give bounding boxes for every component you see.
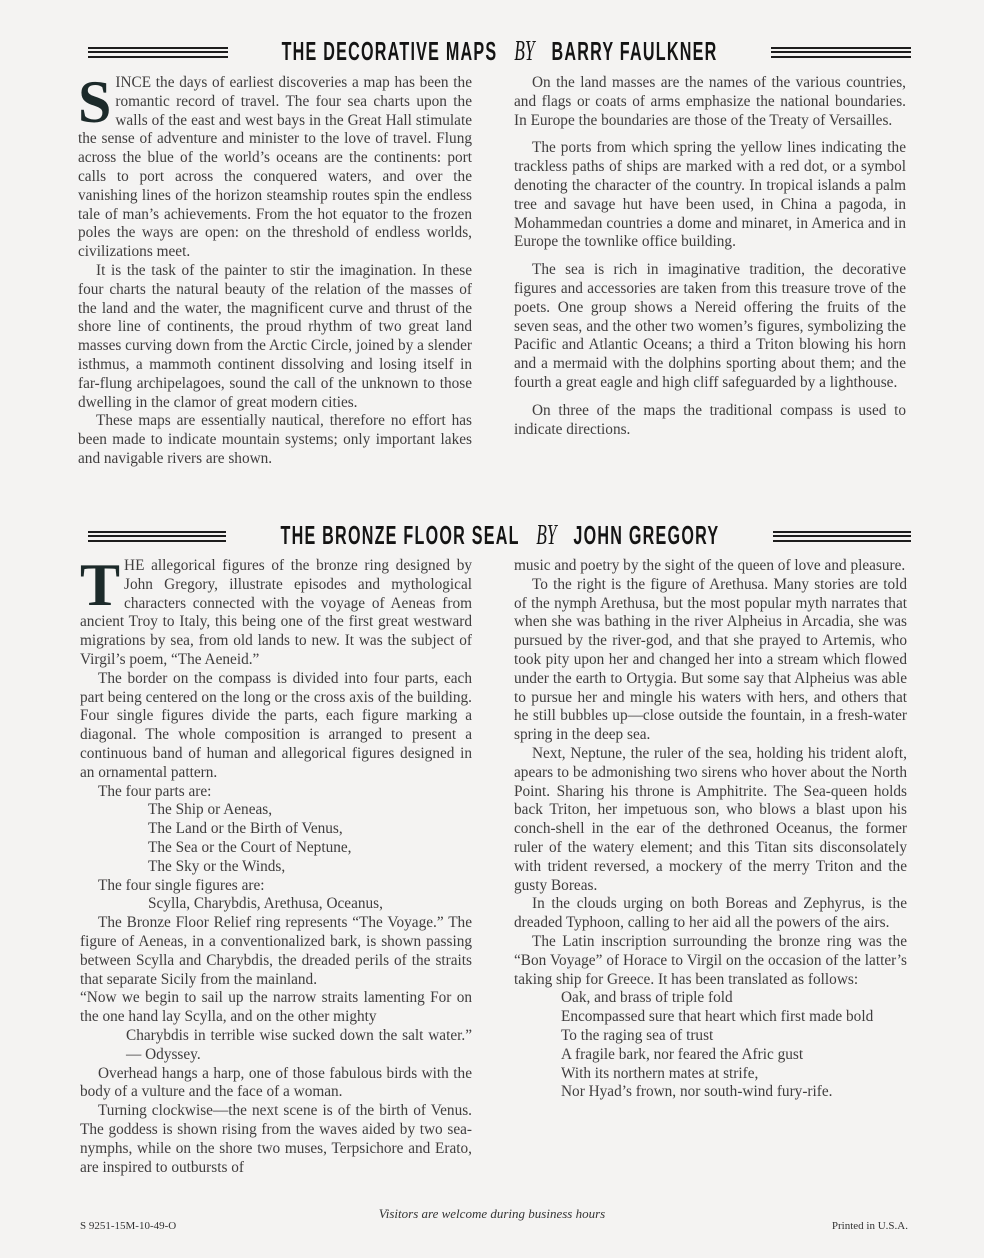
verse-line: Encompassed sure that heart which first … xyxy=(514,1008,907,1027)
seal-paragraph-5: Turning clockwise—the next scene is of t… xyxy=(80,1102,472,1177)
maps-paragraph-4: On the land masses are the names of the … xyxy=(514,74,906,130)
heading-author: JOHN GREGORY xyxy=(573,520,719,550)
figures-intro: The four single figures are: xyxy=(80,877,472,896)
seal-right-column: music and poetry by the sight of the que… xyxy=(514,557,907,1102)
figures-list: Scylla, Charybdis, Arethusa, Oceanus, xyxy=(80,895,472,914)
part-item: The Sky or the Winds, xyxy=(80,858,472,877)
maps-left-column: SINCE the days of earliest discoveries a… xyxy=(78,74,472,469)
part-item: The Land or the Birth of Venus, xyxy=(80,820,472,839)
seal-paragraph-10: The Latin inscription surrounding the br… xyxy=(514,933,907,989)
verse-line: A fragile bark, nor feared the Afric gus… xyxy=(514,1046,907,1065)
seal-left-column: THE allegorical figures of the bronze ri… xyxy=(80,557,472,1177)
print-code: S 9251-15M-10-49-O xyxy=(80,1220,176,1232)
maps-paragraph-6: The sea is rich in imaginative tradition… xyxy=(514,261,906,393)
document-page: THE DECORATIVE MAPS by BARRY FAULKNER SI… xyxy=(0,0,984,1258)
seal-paragraph-8: Next, Neptune, the ruler of the sea, hol… xyxy=(514,745,907,895)
maps-paragraph-1-text: INCE the days of earliest discoveries a … xyxy=(78,74,472,260)
seal-paragraph-1-text: HE allegorical figures of the bronze rin… xyxy=(80,557,472,668)
part-item: The Sea or the Court of Neptune, xyxy=(80,839,472,858)
heading-title-main: THE DECORATIVE MAPS xyxy=(282,36,498,66)
verse-line: With its northern mates at strife, xyxy=(514,1065,907,1084)
seal-paragraph-4: Overhead hangs a harp, one of those fabu… xyxy=(80,1065,472,1103)
heading-by: by xyxy=(514,36,534,68)
section-heading-bronze-floor-seal: THE BRONZE FLOOR SEAL by JOHN GREGORY xyxy=(88,520,911,552)
maps-paragraph-1: SINCE the days of earliest discoveries a… xyxy=(78,74,472,262)
verse-line: Nor Hyad’s frown, nor south-wind fury-ri… xyxy=(514,1083,907,1102)
dropcap-s: S xyxy=(78,78,111,126)
heading-title: THE BRONZE FLOOR SEAL by JOHN GREGORY xyxy=(280,520,719,552)
heading-title-main: THE BRONZE FLOOR SEAL xyxy=(280,520,519,550)
maps-paragraph-5: The ports from which spring the yellow l… xyxy=(514,139,906,252)
maps-right-column: On the land masses are the names of the … xyxy=(514,74,906,439)
maps-paragraph-3: These maps are essentially nautical, the… xyxy=(78,412,472,468)
verse-line: To the raging sea of trust xyxy=(514,1027,907,1046)
printed-in: Printed in U.S.A. xyxy=(832,1220,908,1232)
seal-paragraph-6: music and poetry by the sight of the que… xyxy=(514,557,907,576)
seal-paragraph-2: The border on the compass is divided int… xyxy=(80,670,472,783)
seal-paragraph-1: THE allegorical figures of the bronze ri… xyxy=(80,557,472,670)
odyssey-quote-1: “Now we begin to sail up the narrow stra… xyxy=(80,989,472,1027)
heading-author: BARRY FAULKNER xyxy=(551,36,717,66)
heading-rule-left xyxy=(88,47,228,58)
seal-paragraph-7: To the right is the figure of Arethusa. … xyxy=(514,576,907,745)
odyssey-quote-2: Charybdis in terrible wise sucked down t… xyxy=(80,1027,472,1065)
heading-rule-right xyxy=(773,531,911,542)
part-item: The Ship or Aeneas, xyxy=(80,801,472,820)
seal-paragraph-3: The Bronze Floor Relief ring represents … xyxy=(80,914,472,989)
maps-paragraph-7: On three of the maps the traditional com… xyxy=(514,402,906,440)
parts-intro: The four parts are: xyxy=(80,783,472,802)
seal-paragraph-9: In the clouds urging on both Boreas and … xyxy=(514,895,907,933)
heading-rule-left xyxy=(88,531,226,542)
section-heading-decorative-maps: THE DECORATIVE MAPS by BARRY FAULKNER xyxy=(88,36,911,68)
heading-title: THE DECORATIVE MAPS by BARRY FAULKNER xyxy=(282,36,718,68)
heading-by: by xyxy=(536,520,556,552)
verse-line: Oak, and brass of triple fold xyxy=(514,989,907,1008)
dropcap-t: T xyxy=(80,561,120,609)
maps-paragraph-2: It is the task of the painter to stir th… xyxy=(78,262,472,412)
heading-rule-right xyxy=(771,47,911,58)
